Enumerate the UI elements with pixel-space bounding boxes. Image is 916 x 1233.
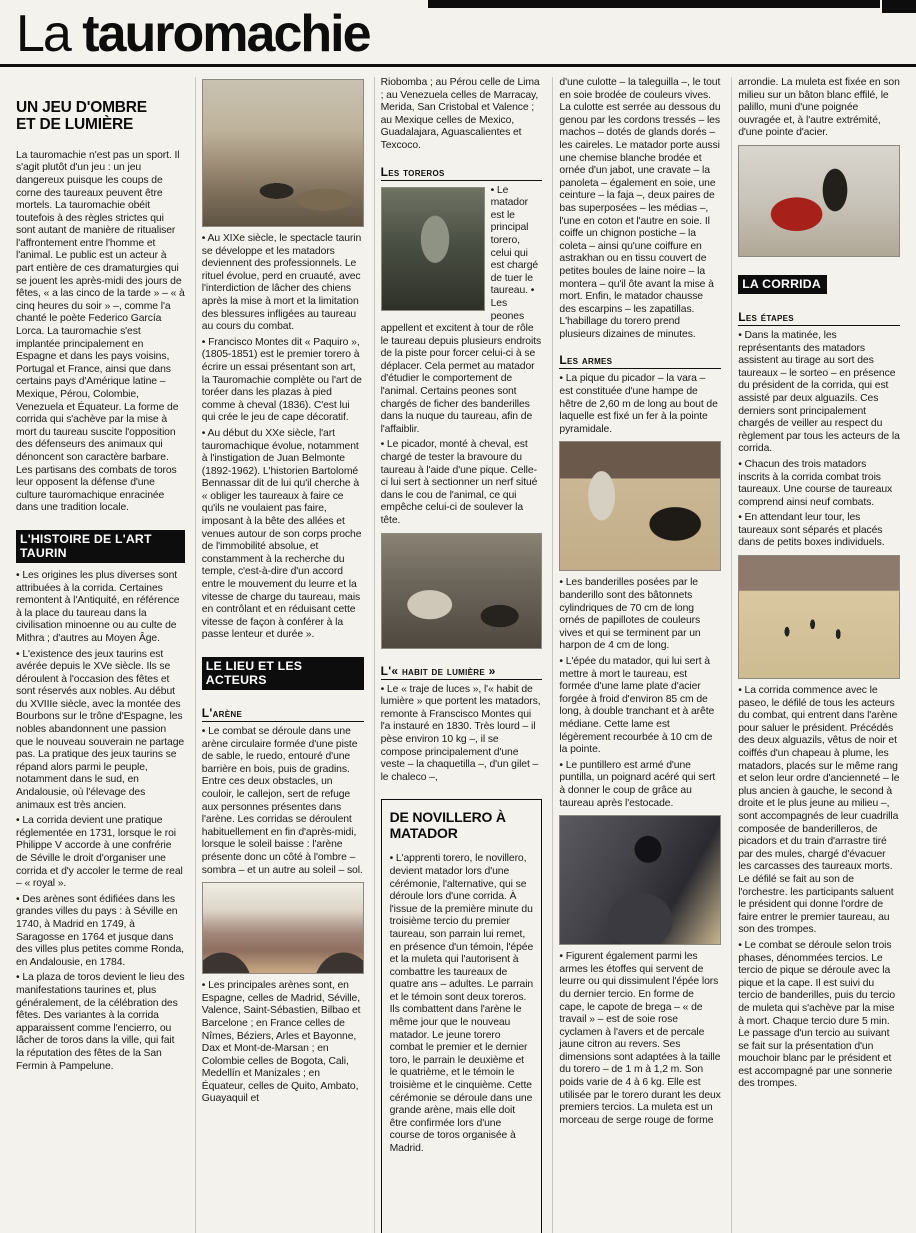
arena-arches-image [202,882,364,974]
matador-portrait-image [381,187,485,311]
habit-continuation-paragraph: d'une culotte – la taleguilla –, le tout… [559,77,721,341]
matador-montera-image [559,815,721,945]
column-2: • Au XIXe siècle, le spectacle taurin se… [195,77,364,1233]
picador-horse-image [381,533,543,649]
arenes-paragraph: • Les principales arènes sont, en Espagn… [202,980,364,1106]
page-title-prefix: La [16,5,82,63]
top-corner-block [882,0,916,13]
muleta-continuation-paragraph: arrondie. La muleta est fixée en son mil… [738,77,900,140]
armes-paragraph: • La pique du picador – la vara – est co… [559,373,721,436]
armes-paragraph: • Le puntillero est armé d'une puntilla,… [559,760,721,810]
habit-paragraph: • Le « traje de luces », l'« habit de lu… [381,684,543,785]
encyclopedia-page: La tauromachie UN JEU D'OMBRE ET DE LUMI… [0,0,916,1233]
column-4: d'une culotte – la taleguilla –, le tout… [552,77,721,1233]
columns-container: UN JEU D'OMBRE ET DE LUMIÈRE La tauromac… [0,67,916,1233]
etapes-paragraph: • Le combat se déroule selon trois phase… [738,940,900,1091]
arene-paragraph: • Le combat se déroule dans une arène ci… [202,726,364,877]
subsection-heading-habit-lumiere: L'« habit de lumière » [381,664,543,680]
histoire-paragraph: • Au début du XXe siècle, l'art tauromac… [202,428,364,642]
bullfight-painting-image [202,79,364,227]
intro-paragraph: La tauromachie n'est pas un sport. Il s'… [16,150,185,515]
histoire-paragraph: • Les origines les plus diverses sont at… [16,570,185,646]
subsection-heading-toreros: Les toreros [381,165,543,181]
histoire-paragraph: • Des arènes sont édifiées dans les gran… [16,894,185,970]
subsection-heading-armes: Les armes [559,353,721,369]
page-title: La tauromachie [16,6,900,62]
toreros-block: • Le matador est le principal torero, ce… [381,185,543,440]
novillero-sidebar-box: DE NOVILLERO À MATADOR • L'apprenti tore… [381,799,543,1233]
section-heading-lieu-acteurs: LE LIEU ET LES ACTEURS [202,657,364,690]
armes-paragraph: • Figurent également parmi les armes les… [559,951,721,1127]
section-heading-jeu-ombre: UN JEU D'OMBRE ET DE LUMIÈRE [16,99,185,134]
column-3: Riobomba ; au Pérou celle de Lima ; au V… [374,77,543,1233]
histoire-paragraph: • Au XIXe siècle, le spectacle taurin se… [202,233,364,334]
arena-panorama-image [738,555,900,679]
etapes-paragraph: • Chacun des trois matadors inscrits à l… [738,459,900,509]
column-1: UN JEU D'OMBRE ET DE LUMIÈRE La tauromac… [16,77,185,1233]
histoire-paragraph: • La corrida devient une pratique réglem… [16,815,185,891]
column-5: arrondie. La muleta est fixée en son mil… [731,77,900,1233]
etapes-paragraph: • Dans la matinée, les représentants des… [738,330,900,456]
section-heading-corrida: LA CORRIDA [738,275,827,294]
histoire-paragraph: • L'existence des jeux taurins est avéré… [16,649,185,813]
armes-paragraph: • L'épée du matador, qui lui sert à mett… [559,656,721,757]
armes-paragraph: • Les banderilles posées par le banderil… [559,577,721,653]
section-heading-histoire: L'HISTOIRE DE L'ART TAURIN [16,530,185,563]
top-edge-rule [428,0,880,8]
picador-tossed-image [559,441,721,571]
novillero-paragraph: • L'apprenti torero, le novillero, devie… [390,853,534,1155]
etapes-paragraph: • En attendant leur tour, les taureaux s… [738,512,900,550]
muleta-image [738,145,900,257]
arenes-continuation-paragraph: Riobomba ; au Pérou celle de Lima ; au V… [381,77,543,153]
subsection-heading-etapes: Les étapes [738,310,900,326]
subsection-heading-arene: L'arène [202,706,364,722]
sidebar-heading-novillero: DE NOVILLERO À MATADOR [390,809,534,841]
toreros-paragraph: • Le picador, monté à cheval, est chargé… [381,439,543,527]
histoire-paragraph: • La plaza de toros devient le lieu des … [16,972,185,1073]
histoire-paragraph: • Francisco Montes dit « Paquiro », (180… [202,337,364,425]
page-title-main: tauromachie [82,5,369,63]
etapes-paragraph: • La corrida commence avec le paseo, le … [738,685,900,937]
masthead: La tauromachie [0,0,916,67]
